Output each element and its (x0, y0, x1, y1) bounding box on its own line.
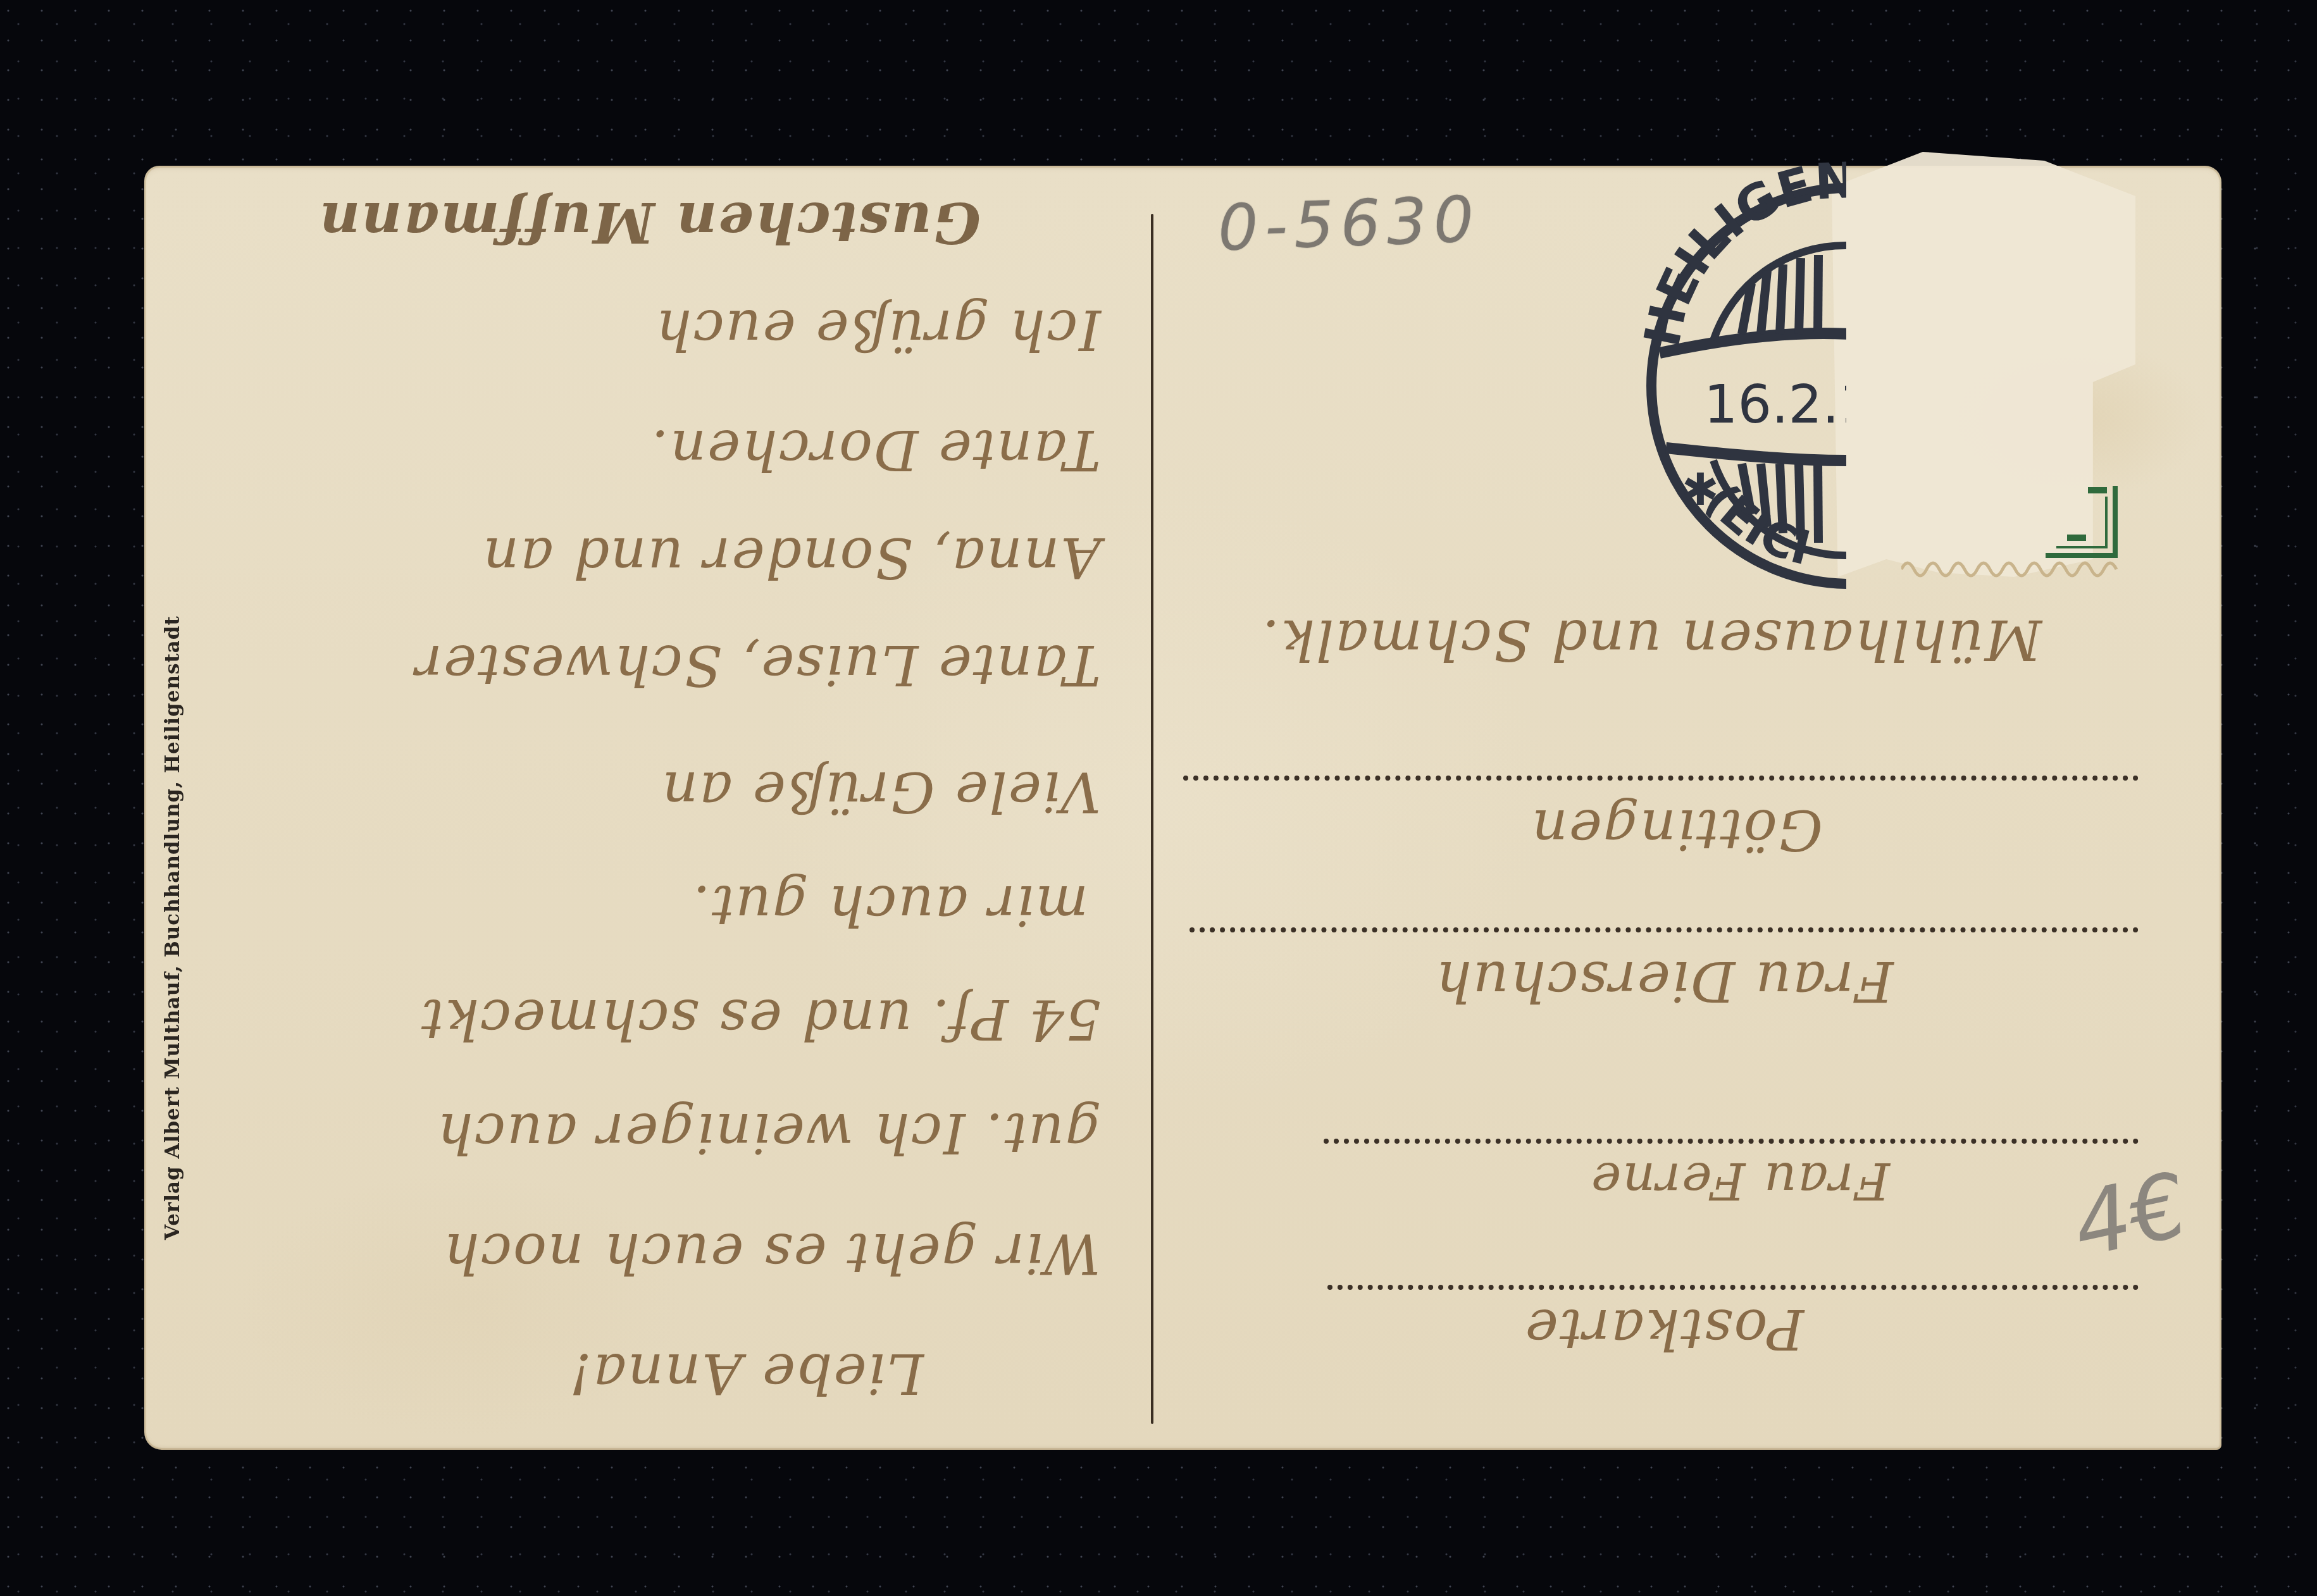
address-handwriting-line: Frau Ferne (1455, 1151, 2025, 1210)
message-handwriting-line: mir auch gut. (380, 873, 1088, 938)
message-handwriting-line: 54 Pf. und es schmeckt (177, 987, 1101, 1052)
message-handwriting-line: Tante Dorchen. (354, 418, 1101, 483)
address-line-2 (1190, 927, 2139, 932)
message-handwriting-line: Anna, Sonder und an (177, 525, 1101, 590)
address-handwriting-line: Frau Dierschuh (1190, 949, 2139, 1014)
archive-number-pencil: 0-5630 (1217, 182, 1481, 265)
message-handwriting-line: Wir geht es euch noch (177, 1221, 1101, 1286)
message-handwriting-line: Tante Luise, Schwester (177, 633, 1101, 698)
stamp-remnant-icon (2041, 481, 2123, 563)
message-handwriting-line: gut. Ich weiniger auch (177, 1101, 1101, 1166)
postmark-stamp: HEILIGEN 16.2.1( (EICI ✱ (1606, 151, 1960, 606)
address-handwriting-line: Mühlhausen und Schmalk. (1164, 607, 2139, 672)
postmark-star-icon: ✱ (1682, 464, 1719, 516)
message-handwriting-line: Liebe Anna! (354, 1341, 924, 1406)
address-handwriting-line: Göttingen (1360, 797, 1993, 862)
message-handwriting-line: Ich grüße euch (354, 297, 1101, 362)
message-signature: Gustchen Muffmann (158, 190, 981, 256)
postmark-icon: HEILIGEN 16.2.1( (EICI ✱ (1606, 151, 1960, 606)
address-line-3 (1324, 1139, 2139, 1144)
postmark-date-text: 16.2.1( (1704, 373, 1894, 435)
address-handwriting-line: Postkarte (1316, 1297, 2012, 1362)
message-handwriting-line: Viele Grüße an (443, 759, 1101, 824)
address-line-1 (1183, 776, 2139, 781)
address-line-4 (1327, 1285, 2139, 1290)
center-divider-line (1151, 214, 1153, 1424)
